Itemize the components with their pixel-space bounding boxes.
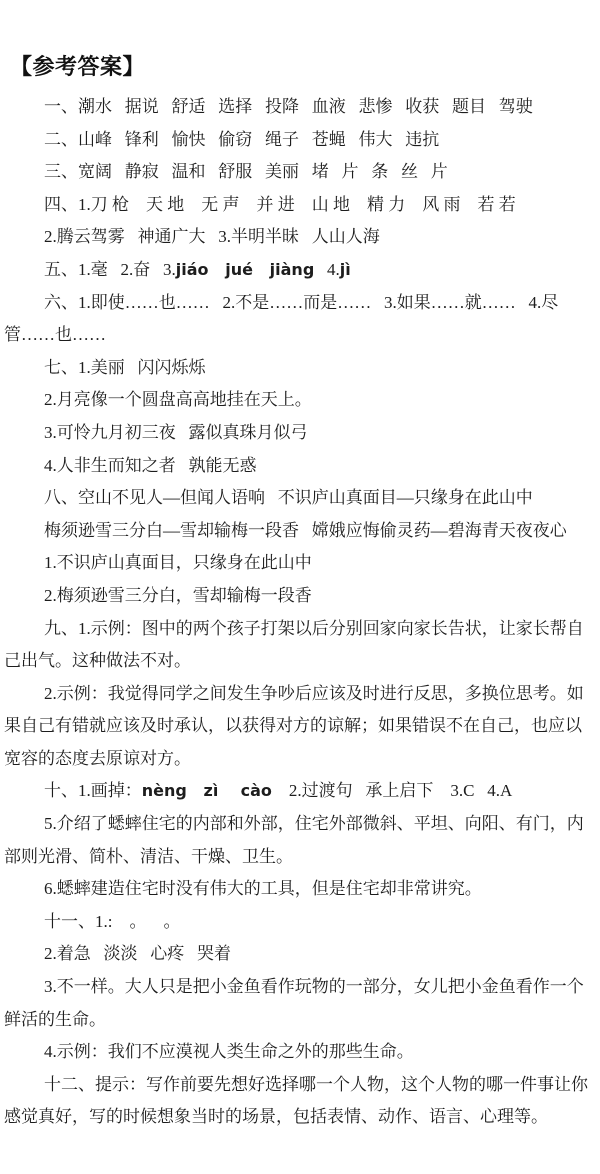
answer-text: 5.介绍了蟋蟀住宅的内部和外部，住宅外部微斜、平坦、向阳、有门，内部则光滑、简朴… (4, 814, 584, 866)
answer-line: 3.可怜九月初三夜 露似真珠月似弓 (4, 417, 596, 450)
answer-line: 一、潮水 据说 舒适 选择 投降 血液 悲惨 收获 题目 驾驶 (4, 91, 596, 124)
answer-text: 六、1.即使……也…… 2.不是……而是…… 3.如果……就…… 4.尽管……也… (4, 293, 558, 345)
page-title: 【参考答案】 (10, 52, 596, 82)
answer-text: 2.梅须逊雪三分白，雪却输梅一段香 (44, 586, 312, 605)
answer-text: 一、潮水 据说 舒适 选择 投降 血液 悲惨 收获 题目 驾驶 (44, 97, 533, 116)
answer-text: 4. (314, 260, 340, 279)
answer-line: 三、宽阔 静寂 温和 舒服 美丽 堵 片 条 丝 片 (4, 156, 596, 189)
answer-line: 4.人非生而知之者 孰能无惑 (4, 450, 596, 483)
answer-text: 十二、提示：写作前要先想好选择哪一个人物，这个人物的哪一件事让你感觉真好，写的时… (4, 1075, 588, 1127)
answer-body: 一、潮水 据说 舒适 选择 投降 血液 悲惨 收获 题目 驾驶二、山峰 锋利 愉… (4, 91, 596, 1134)
answer-line: 二、山峰 锋利 愉快 偷窃 绳子 苍蝇 伟大 违抗 (4, 124, 596, 157)
answer-text: 2.腾云驾雾 神通广大 3.半明半昧 人山人海 (44, 227, 380, 246)
answer-text: 3.不一样。大人只是把小金鱼看作玩物的一部分，女儿把小金鱼看作一个鲜活的生命。 (4, 977, 584, 1029)
answer-text: 2.示例：我觉得同学之间发生争吵后应该及时进行反思，多换位思考。如果自己有错就应… (4, 684, 584, 768)
answer-line: 5.介绍了蟋蟀住宅的内部和外部，住宅外部微斜、平坦、向阳、有门，内部则光滑、简朴… (4, 808, 596, 873)
answer-line: 4.示例：我们不应漠视人类生命之外的那些生命。 (4, 1036, 596, 1069)
answer-line: 2.示例：我觉得同学之间发生争吵后应该及时进行反思，多换位思考。如果自己有错就应… (4, 678, 596, 776)
answer-text: 三、宽阔 静寂 温和 舒服 美丽 堵 片 条 丝 片 (44, 162, 448, 181)
answer-text: 4.人非生而知之者 孰能无惑 (44, 456, 257, 475)
answer-text: 2.着急 淡淡 心疼 哭着 (44, 944, 231, 963)
answer-text: 1.不识庐山真面目，只缘身在此山中 (44, 553, 312, 572)
pinyin-text: nèng zì cào (142, 781, 272, 800)
answer-line: 六、1.即使……也…… 2.不是……而是…… 3.如果……就…… 4.尽管……也… (4, 287, 596, 352)
answer-line: 2.着急 淡淡 心疼 哭着 (4, 938, 596, 971)
answer-text: 五、1.毫 2.奋 3. (44, 260, 176, 279)
answer-text: 八、空山不见人—但闻人语响 不识庐山真面目—只缘身在此山中 (44, 488, 533, 507)
answer-line: 十二、提示：写作前要先想好选择哪一个人物，这个人物的哪一件事让你感觉真好，写的时… (4, 1069, 596, 1134)
answer-line: 七、1.美丽 闪闪烁烁 (4, 352, 596, 385)
answer-line: 1.不识庐山真面目，只缘身在此山中 (4, 547, 596, 580)
answer-line: 2.月亮像一个圆盘高高地挂在天上。 (4, 384, 596, 417)
answer-line: 八、空山不见人—但闻人语响 不识庐山真面目—只缘身在此山中 (4, 482, 596, 515)
answer-text: 十一、1.: 。 。 (44, 912, 180, 931)
answer-text: 3.可怜九月初三夜 露似真珠月似弓 (44, 423, 308, 442)
answer-text: 二、山峰 锋利 愉快 偷窃 绳子 苍蝇 伟大 违抗 (44, 130, 439, 149)
answer-text: 梅须逊雪三分白—雪却输梅一段香 嫦娥应悔偷灵药—碧海青天夜夜心 (44, 521, 567, 540)
answer-line: 十一、1.: 。 。 (4, 906, 596, 939)
answer-line: 梅须逊雪三分白—雪却输梅一段香 嫦娥应悔偷灵药—碧海青天夜夜心 (4, 515, 596, 548)
pinyin-text: jì (340, 260, 351, 279)
answer-line: 十、1.画掉：nèng zì cào 2.过渡句 承上启下 3.C 4.A (4, 775, 596, 808)
answer-line: 3.不一样。大人只是把小金鱼看作玩物的一部分，女儿把小金鱼看作一个鲜活的生命。 (4, 971, 596, 1036)
answer-line: 五、1.毫 2.奋 3.jiáo jué jiàng 4.jì (4, 254, 596, 287)
answer-line: 2.腾云驾雾 神通广大 3.半明半昧 人山人海 (4, 221, 596, 254)
answer-text: 九、1.示例：图中的两个孩子打架以后分别回家向家长告状，让家长帮自己出气。这种做… (4, 619, 584, 671)
answer-text: 2.月亮像一个圆盘高高地挂在天上。 (44, 390, 312, 409)
answer-line: 四、1.刀 枪 天 地 无 声 并 进 山 地 精 力 风 雨 若 若 (4, 189, 596, 222)
answer-line: 6.蟋蟀建造住宅时没有伟大的工具，但是住宅却非常讲究。 (4, 873, 596, 906)
answer-text: 十、1.画掉： (44, 781, 142, 800)
answer-sheet-page: 【参考答案】 一、潮水 据说 舒适 选择 投降 血液 悲惨 收获 题目 驾驶二、… (0, 0, 600, 1174)
answer-line: 2.梅须逊雪三分白，雪却输梅一段香 (4, 580, 596, 613)
answer-text: 6.蟋蟀建造住宅时没有伟大的工具，但是住宅却非常讲究。 (44, 879, 482, 898)
pinyin-text: jiáo jué jiàng (176, 260, 315, 279)
answer-text: 七、1.美丽 闪闪烁烁 (44, 358, 206, 377)
answer-line: 九、1.示例：图中的两个孩子打架以后分别回家向家长告状，让家长帮自己出气。这种做… (4, 613, 596, 678)
answer-text: 四、1.刀 枪 天 地 无 声 并 进 山 地 精 力 风 雨 若 若 (44, 195, 516, 214)
answer-text: 4.示例：我们不应漠视人类生命之外的那些生命。 (44, 1042, 414, 1061)
answer-text: 2.过渡句 承上启下 3.C 4.A (272, 781, 512, 800)
